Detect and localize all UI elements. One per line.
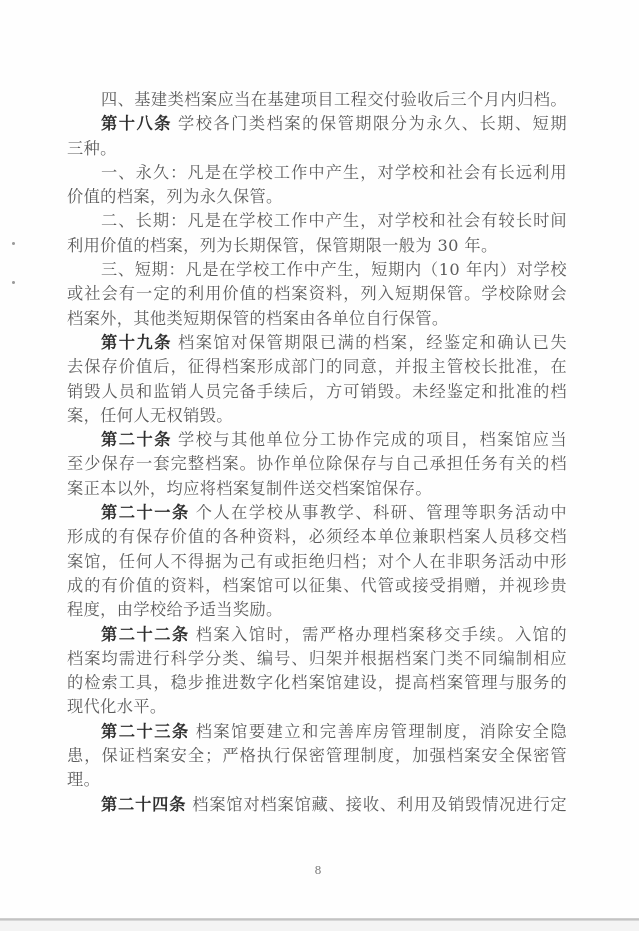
line-text: 或社会有一定的利用价值的档案资料，列入短期保管。学校除财会: [67, 284, 567, 303]
line-text: 案，任何人无权销毁。: [67, 406, 233, 425]
text-line: 案馆，任何人不得据为己有或拒绝归档；对个人在非职务活动中形: [67, 550, 567, 574]
line-text: 的检索工具，稳步推进数字化档案馆建设，提高档案管理与服务的: [67, 673, 567, 692]
text-line: 二、长期：凡是在学校工作中产生，对学校和社会有较长时间: [67, 209, 567, 233]
text-line: 案，任何人无权销毁。: [67, 404, 567, 428]
article-first-line: 第十九条档案馆对保管期限已满的档案，经鉴定和确认已失: [67, 331, 567, 355]
article-heading: 第二十三条: [101, 722, 190, 741]
line-text: 三种。: [67, 139, 117, 158]
text-line: 档案均需进行科学分类、编号、归架并根据档案门类不同编制相应: [67, 647, 567, 671]
line-text: 三、短期：凡是在学校工作中产生，短期内（10 年内）对学校: [101, 260, 567, 279]
article-first-line: 第二十二条档案入馆时，需严格办理档案移交手续。入馆的: [67, 623, 567, 647]
article-first-line: 第二十条学校与其他单位分工协作完成的项目，档案馆应当: [67, 428, 567, 452]
article-heading: 第十九条: [101, 333, 172, 352]
line-text: 至少保存一套完整档案。协作单位除保存与自己承担任务有关的档: [67, 454, 567, 473]
line-text: 档案馆要建立和完善库房管理制度，消除安全隐: [196, 722, 567, 741]
text-line: 形成的有保存价值的各种资料，必须经本单位兼职档案人员移交档: [67, 525, 567, 549]
text-line: 四、基建类档案应当在基建项目工程交付验收后三个月内归档。: [67, 88, 567, 112]
line-text: 档案外，其他类短期保管的档案由各单位自行保管。: [67, 309, 449, 328]
line-text: 档案馆对档案馆藏、接收、利用及销毁情况进行定: [192, 795, 567, 814]
line-text: 案正本以外，均应将档案复制件送交档案馆保存。: [67, 479, 432, 498]
line-text: 现代化水平。: [67, 697, 167, 716]
text-line: 价值的档案，列为永久保管。: [67, 185, 567, 209]
text-line: 三、短期：凡是在学校工作中产生，短期内（10 年内）对学校: [67, 258, 567, 282]
text-line: 或社会有一定的利用价值的档案资料，列入短期保管。学校除财会: [67, 282, 567, 306]
text-line: 三种。: [67, 137, 567, 161]
line-text: 学校各门类档案的保管期限分为永久、长期、短期: [178, 114, 567, 133]
line-text: 去保存价值后，征得档案形成部门的同意，并报主管校长批准，在: [67, 357, 567, 376]
line-text: 学校与其他单位分工协作完成的项目，档案馆应当: [178, 430, 567, 449]
line-text: 价值的档案，列为永久保管。: [67, 187, 283, 206]
text-line: 案正本以外，均应将档案复制件送交档案馆保存。: [67, 477, 567, 501]
text-line: 理。: [67, 768, 567, 792]
line-text: 形成的有保存价值的各种资料，必须经本单位兼职档案人员移交档: [67, 527, 567, 546]
scan-speck: [12, 242, 15, 245]
text-line: 成的有价值的资料，档案馆可以征集、代管或接受捐赠，并视珍贵: [67, 574, 567, 598]
article-first-line: 第二十一条个人在学校从事教学、科研、管理等职务活动中: [67, 501, 567, 525]
article-heading: 第二十一条: [101, 503, 190, 522]
article-heading: 第二十二条: [101, 625, 190, 644]
text-line: 去保存价值后，征得档案形成部门的同意，并报主管校长批准，在: [67, 355, 567, 379]
line-text: 成的有价值的资料，档案馆可以征集、代管或接受捐赠，并视珍贵: [67, 576, 567, 595]
text-line: 患，保证档案安全；严格执行保密管理制度，加强档案安全保密管: [67, 744, 567, 768]
text-line: 至少保存一套完整档案。协作单位除保存与自己承担任务有关的档: [67, 452, 567, 476]
line-text: 一、永久：凡是在学校工作中产生，对学校和社会有长远利用: [101, 163, 567, 182]
article-first-line: 第十八条学校各门类档案的保管期限分为永久、长期、短期: [67, 112, 567, 136]
line-text: 档案馆对保管期限已满的档案，经鉴定和确认已失: [178, 333, 567, 352]
article-heading: 第二十条: [101, 430, 172, 449]
page-number: 8: [312, 864, 324, 877]
line-text: 个人在学校从事教学、科研、管理等职务活动中: [196, 503, 567, 522]
text-line: 现代化水平。: [67, 695, 567, 719]
line-text: 案馆，任何人不得据为己有或拒绝归档；对个人在非职务活动中形: [67, 552, 567, 571]
text-line: 档案外，其他类短期保管的档案由各单位自行保管。: [67, 307, 567, 331]
line-text: 利用价值的档案，列为长期保管，保管期限一般为 30 年。: [67, 236, 498, 255]
line-text: 二、长期：凡是在学校工作中产生，对学校和社会有较长时间: [101, 211, 567, 230]
line-text: 销毁人员和监销人员完备手续后，方可销毁。未经鉴定和批准的档: [67, 382, 567, 401]
page-gap: [0, 921, 639, 931]
document-body: 四、基建类档案应当在基建项目工程交付验收后三个月内归档。第十八条学校各门类档案的…: [67, 88, 567, 817]
document-page: 四、基建类档案应当在基建项目工程交付验收后三个月内归档。第十八条学校各门类档案的…: [0, 0, 639, 919]
line-text: 档案均需进行科学分类、编号、归架并根据档案门类不同编制相应: [67, 649, 567, 668]
article-first-line: 第二十三条档案馆要建立和完善库房管理制度，消除安全隐: [67, 720, 567, 744]
line-text: 程度，由学校给予适当奖励。: [67, 600, 283, 619]
text-line: 利用价值的档案，列为长期保管，保管期限一般为 30 年。: [67, 234, 567, 258]
line-text: 患，保证档案安全；严格执行保密管理制度，加强档案安全保密管: [67, 746, 567, 765]
article-first-line: 第二十四条档案馆对档案馆藏、接收、利用及销毁情况进行定: [67, 793, 567, 817]
scan-speck: [12, 281, 15, 284]
text-line: 的检索工具，稳步推进数字化档案馆建设，提高档案管理与服务的: [67, 671, 567, 695]
line-text: 四、基建类档案应当在基建项目工程交付验收后三个月内归档。: [101, 90, 567, 109]
line-text: 档案入馆时，需严格办理档案移交手续。入馆的: [196, 625, 567, 644]
text-line: 程度，由学校给予适当奖励。: [67, 598, 567, 622]
line-text: 理。: [67, 770, 100, 789]
article-heading: 第十八条: [101, 114, 172, 133]
text-line: 销毁人员和监销人员完备手续后，方可销毁。未经鉴定和批准的档: [67, 380, 567, 404]
article-heading: 第二十四条: [101, 795, 186, 814]
text-line: 一、永久：凡是在学校工作中产生，对学校和社会有长远利用: [67, 161, 567, 185]
